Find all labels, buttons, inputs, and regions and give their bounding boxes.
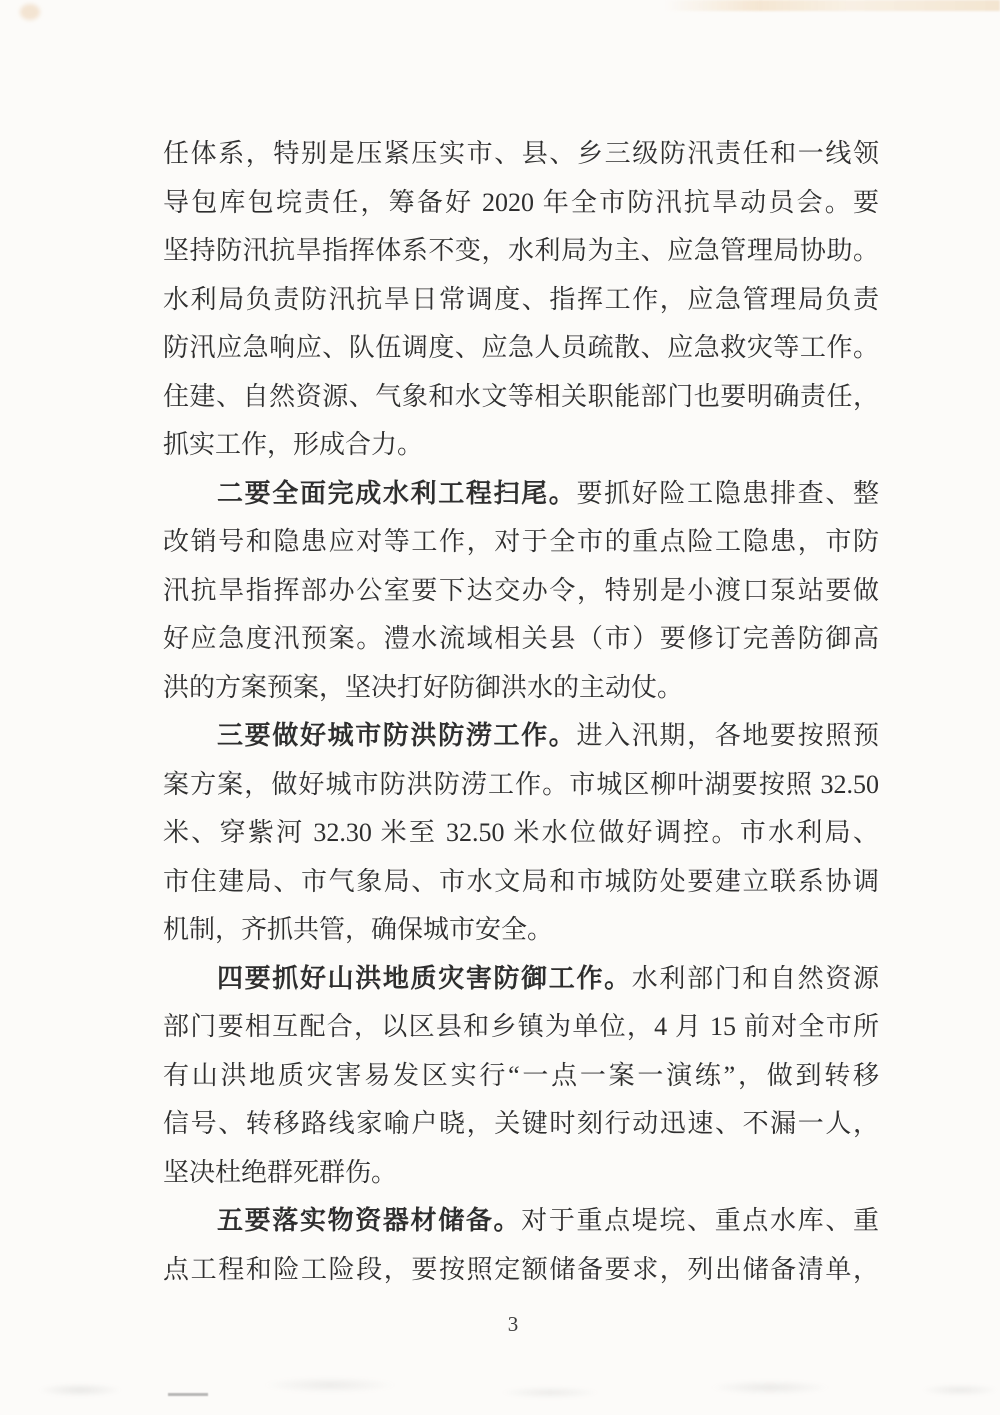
text-line: 任体系，特别是压紧压实市、县、乡三级防汛责任和一线领	[163, 130, 879, 179]
text-line: 洪的方案预案，坚决打好防御洪水的主动仗。	[163, 664, 879, 713]
text-segment: 洪的方案预案，坚决打好防御洪水的主动仗。	[163, 673, 683, 702]
text-segment: 坚持防汛抗旱指挥体系不变，水利局为主、应急管理局协助。	[163, 236, 879, 265]
text-line: 市住建局、市气象局、市水文局和市城防处要建立联系协调	[163, 858, 879, 907]
text-line: 防汛应急响应、队伍调度、应急人员疏散、应急救灾等工作。	[163, 324, 879, 373]
text-segment: 米、穿紫河 32.30 米至 32.50 米水位做好调控。市水利局、	[163, 818, 879, 847]
text-line: 汛抗旱指挥部办公室要下达交办令，特别是小渡口泵站要做	[163, 567, 879, 616]
paragraph-lead: 三要做好城市防洪防涝工作。	[217, 721, 576, 750]
scan-artifact-corner-dot	[20, 4, 40, 20]
text-line: 五要落实物资器材储备。对于重点堤垸、重点水库、重	[163, 1197, 879, 1246]
paragraph: 三要做好城市防洪防涝工作。进入汛期，各地要按照预案方案，做好城市防洪防涝工作。市…	[163, 712, 879, 955]
text-line: 三要做好城市防洪防涝工作。进入汛期，各地要按照预	[163, 712, 879, 761]
text-line: 改销号和隐患应对等工作，对于全市的重点险工隐患，市防	[163, 518, 879, 567]
text-segment: 对于重点堤垸、重点水库、重	[521, 1206, 879, 1235]
text-segment: 市住建局、市气象局、市水文局和市城防处要建立联系协调	[163, 867, 879, 896]
text-segment: 点工程和险工险段，要按照定额储备要求，列出储备清单，	[163, 1255, 879, 1284]
paragraph: 五要落实物资器材储备。对于重点堤垸、重点水库、重点工程和险工险段，要按照定额储备…	[163, 1197, 879, 1294]
document-page: 任体系，特别是压紧压实市、县、乡三级防汛责任和一线领导包库包垸责任，筹备好 20…	[0, 0, 1000, 1415]
text-line: 有山洪地质灾害易发区实行“一点一案一演练”，做到转移	[163, 1052, 879, 1101]
text-segment: 汛抗旱指挥部办公室要下达交办令，特别是小渡口泵站要做	[163, 576, 879, 605]
text-line: 部门要相互配合，以区县和乡镇为单位，4 月 15 前对全市所	[163, 1003, 879, 1052]
text-segment: 导包库包垸责任，筹备好 2020 年全市防汛抗旱动员会。要	[163, 188, 879, 217]
text-segment: 坚决杜绝群死群伤。	[163, 1158, 397, 1187]
scan-artifact-top-streak	[665, 0, 1000, 11]
text-segment: 任体系，特别是压紧压实市、县、乡三级防汛责任和一线领	[163, 139, 879, 168]
text-line: 抓实工作，形成合力。	[163, 421, 879, 470]
paragraph-lead: 四要抓好山洪地质灾害防御工作。	[217, 964, 632, 993]
paragraph-lead: 五要落实物资器材储备。	[217, 1206, 521, 1235]
page-number: 3	[0, 1310, 1000, 1338]
text-line: 信号、转移路线家喻户晓，关键时刻行动迅速、不漏一人，	[163, 1100, 879, 1149]
scan-artifact-bottom-smudge	[0, 1360, 1000, 1410]
text-segment: 案方案，做好城市防洪防涝工作。市城区柳叶湖要按照 32.50	[163, 770, 879, 799]
text-line: 案方案，做好城市防洪防涝工作。市城区柳叶湖要按照 32.50	[163, 761, 879, 810]
text-segment: 防汛应急响应、队伍调度、应急人员疏散、应急救灾等工作。	[163, 333, 879, 362]
paragraph-lead: 二要全面完成水利工程扫尾。	[217, 479, 576, 508]
text-segment: 有山洪地质灾害易发区实行“一点一案一演练”，做到转移	[163, 1061, 879, 1090]
text-segment: 进入汛期，各地要按照预	[576, 721, 879, 750]
text-line: 导包库包垸责任，筹备好 2020 年全市防汛抗旱动员会。要	[163, 179, 879, 228]
paragraph: 四要抓好山洪地质灾害防御工作。水利部门和自然资源部门要相互配合，以区县和乡镇为单…	[163, 955, 879, 1198]
text-segment: 改销号和隐患应对等工作，对于全市的重点险工隐患，市防	[163, 527, 879, 556]
text-segment: 住建、自然资源、气象和水文等相关职能部门也要明确责任，	[163, 382, 879, 411]
text-segment: 好应急度汛预案。澧水流域相关县（市）要修订完善防御高	[163, 624, 879, 653]
text-line: 坚决杜绝群死群伤。	[163, 1149, 879, 1198]
text-line: 坚持防汛抗旱指挥体系不变，水利局为主、应急管理局协助。	[163, 227, 879, 276]
scan-artifact-bottom-tick	[168, 1393, 208, 1396]
text-line: 机制，齐抓共管，确保城市安全。	[163, 906, 879, 955]
document-body: 任体系，特别是压紧压实市、县、乡三级防汛责任和一线领导包库包垸责任，筹备好 20…	[163, 130, 879, 1294]
paragraph: 任体系，特别是压紧压实市、县、乡三级防汛责任和一线领导包库包垸责任，筹备好 20…	[163, 130, 879, 470]
text-line: 好应急度汛预案。澧水流域相关县（市）要修订完善防御高	[163, 615, 879, 664]
text-segment: 水利局负责防汛抗旱日常调度、指挥工作，应急管理局负责	[163, 285, 879, 314]
text-segment: 要抓好险工隐患排查、整	[576, 479, 879, 508]
text-line: 二要全面完成水利工程扫尾。要抓好险工隐患排查、整	[163, 470, 879, 519]
text-segment: 水利部门和自然资源	[632, 964, 879, 993]
text-line: 点工程和险工险段，要按照定额储备要求，列出储备清单，	[163, 1246, 879, 1295]
text-line: 四要抓好山洪地质灾害防御工作。水利部门和自然资源	[163, 955, 879, 1004]
text-segment: 部门要相互配合，以区县和乡镇为单位，4 月 15 前对全市所	[163, 1012, 879, 1041]
paragraph: 二要全面完成水利工程扫尾。要抓好险工隐患排查、整改销号和隐患应对等工作，对于全市…	[163, 470, 879, 713]
text-line: 米、穿紫河 32.30 米至 32.50 米水位做好调控。市水利局、	[163, 809, 879, 858]
text-line: 住建、自然资源、气象和水文等相关职能部门也要明确责任，	[163, 373, 879, 422]
text-segment: 信号、转移路线家喻户晓，关键时刻行动迅速、不漏一人，	[163, 1109, 879, 1138]
text-segment: 抓实工作，形成合力。	[163, 430, 423, 459]
text-line: 水利局负责防汛抗旱日常调度、指挥工作，应急管理局负责	[163, 276, 879, 325]
text-segment: 机制，齐抓共管，确保城市安全。	[163, 915, 553, 944]
